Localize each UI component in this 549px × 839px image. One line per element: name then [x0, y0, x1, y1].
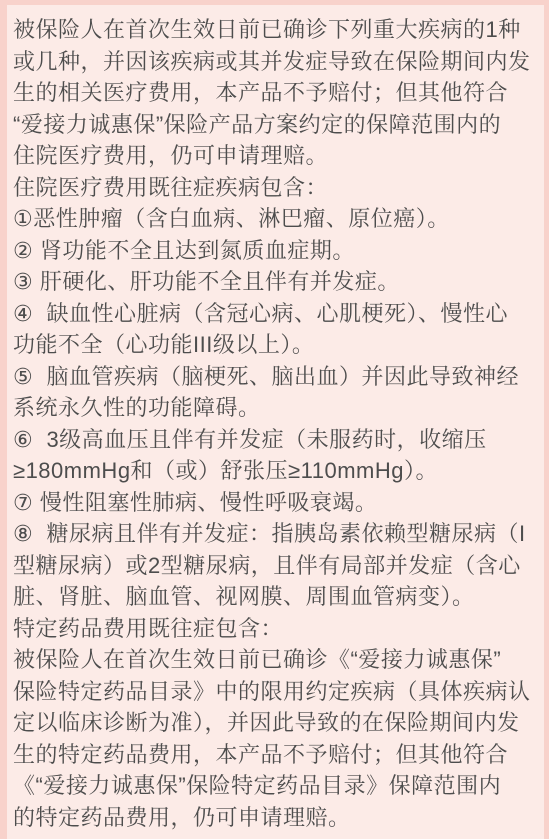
disease-item-1: ①恶性肿瘤（含白血病、淋巴瘤、原位癌）。 [13, 203, 531, 235]
disease-item-7: ⑦ 慢性阻塞性肺病、慢性呼吸衰竭。 [13, 487, 531, 519]
disease-item-5: ⑤ 脑血管疾病（脑梗死、脑出血）并因此导致神经 系统永久性的功能障碍。 [13, 361, 531, 424]
hospital-expense-section-heading: 住院医疗费用既往症疾病包含： [13, 172, 531, 204]
disease-item-4: ④ 缺血性心脏病（含冠心病、心肌梗死）、慢性心 功能不全（心功能III级以上）。 [13, 298, 531, 361]
disease-item-6: ⑥ 3级高血压且伴有并发症（未服药时，收缩压 ≥180mmHg和（或）舒张压≥1… [13, 424, 531, 487]
special-drug-section-heading: 特定药品费用既往症包含： [13, 613, 531, 645]
intro-paragraph: 被保险人在首次生效日前已确诊下列重大疾病的1种 或几种，并因该疾病或其并发症导致… [13, 14, 531, 172]
special-drug-paragraph: 被保险人在首次生效日前已确诊《“爱接力诚惠保” 保险特定药品目录》中的限用约定疾… [13, 644, 531, 833]
disease-item-2: ② 肾功能不全且达到氮质血症期。 [13, 235, 531, 267]
disease-item-3: ③ 肝硬化、肝功能不全且伴有并发症。 [13, 266, 531, 298]
disease-item-8: ⑧ 糖尿病且伴有并发症：指胰岛素依赖型糖尿病（I 型糖尿病）或2型糖尿病，且伴有… [13, 518, 531, 613]
insurance-terms-page: 被保险人在首次生效日前已确诊下列重大疾病的1种 或几种，并因该疾病或其并发症导致… [0, 0, 549, 839]
